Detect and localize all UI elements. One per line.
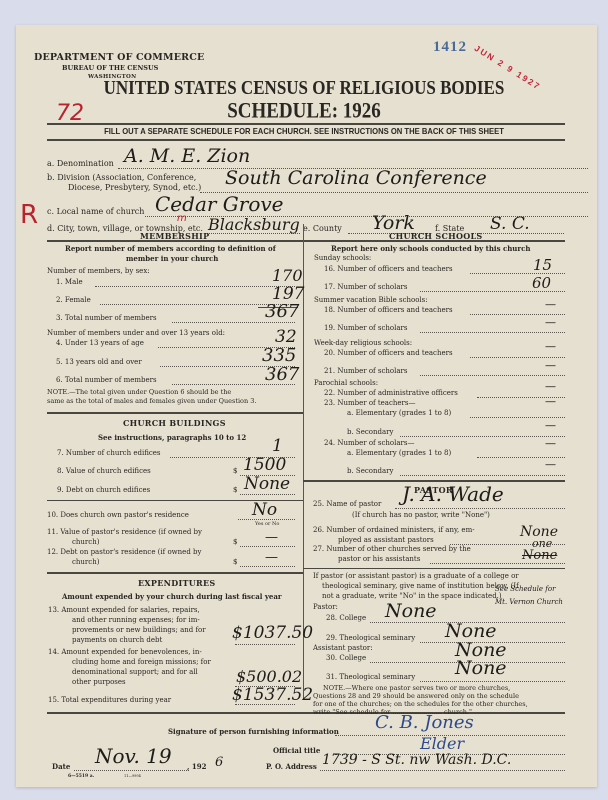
- q22-label: 22. Number of administrative officers: [324, 389, 458, 397]
- q4-label: 4. Under 13 years of age: [56, 339, 144, 347]
- membership-subtitle-cont: member in your church: [126, 254, 218, 263]
- state-value[interactable]: S. C.: [490, 214, 530, 234]
- q23a-value[interactable]: —: [545, 395, 556, 408]
- q1-label: 1. Male: [56, 278, 83, 286]
- q13-value[interactable]: $1037.50: [232, 623, 313, 643]
- form-title: UNITED STATES CENSUS OF RELIGIOUS BODIES: [0, 77, 608, 100]
- print-code: 11—9994: [124, 774, 141, 778]
- margin-mark: R: [20, 200, 38, 230]
- answer-line: [420, 332, 565, 333]
- graduate-note-cont: theological seminary, give name of insti…: [322, 582, 519, 590]
- members-by-sex-label: Number of members, by sex:: [47, 267, 150, 275]
- address-label: P. O. Address: [266, 762, 317, 771]
- q12-dollar: $: [233, 558, 237, 566]
- expenditures-title: EXPENDITURES: [138, 578, 215, 588]
- division-label-cont: Diocese, Presbytery, Synod, etc.): [68, 183, 201, 192]
- answer-line: [395, 508, 565, 509]
- q9-label: 9. Debt on church edifices: [57, 486, 150, 494]
- membership-note: NOTE.—The total given under Question 6 s…: [47, 388, 231, 396]
- q7-label: 7. Number of church edifices: [57, 449, 161, 457]
- q26-label-cont: ployed as assistant pastors: [338, 536, 434, 544]
- official-title-label: Official title: [273, 746, 320, 755]
- answer-line: [400, 475, 565, 476]
- date-label: Date: [52, 762, 70, 771]
- q20-label: 20. Number of officers and teachers: [324, 349, 453, 357]
- denomination-value[interactable]: A. M. E. Zion: [124, 145, 250, 167]
- q30-label: 30. College: [326, 654, 366, 662]
- buildings-title: CHURCH BUILDINGS: [123, 418, 226, 428]
- q16-value[interactable]: 15: [533, 256, 552, 274]
- q13-label: 13. Amount expended for salaries, repair…: [48, 606, 200, 614]
- q3-label: 3. Total number of members: [56, 314, 157, 322]
- q31-label: 31. Theological seminary: [326, 673, 415, 681]
- city-annotation: m: [177, 213, 187, 224]
- q14-label-cont: cluding home and foreign missions; for: [72, 658, 211, 666]
- q17-value[interactable]: 60: [532, 274, 551, 292]
- divider: [47, 712, 565, 714]
- answer-line: [470, 314, 565, 315]
- address-value[interactable]: 1739 - S St. nw Wash. D.C.: [322, 752, 511, 768]
- members-by-age-label: Number of members under and over 13 year…: [47, 329, 225, 337]
- q21-label: 21. Number of scholars: [324, 367, 407, 375]
- q28-value[interactable]: None: [385, 600, 437, 622]
- buildings-subtitle: See instructions, paragraphs 10 to 12: [98, 433, 246, 442]
- q12-label: 12. Debt on pastor's residence (if owned…: [47, 548, 201, 556]
- date-value[interactable]: Nov. 19: [95, 744, 172, 768]
- pastor-subheading: Pastor:: [313, 603, 338, 611]
- expenditures-subtitle: Amount expended by your church during la…: [62, 592, 282, 601]
- q10-hint: Yes or No: [255, 521, 279, 527]
- file-number: 1412: [433, 39, 467, 56]
- q24-label: 24. Number of scholars—: [324, 439, 414, 447]
- q4-under13-value[interactable]: 32: [275, 327, 297, 347]
- q24a-value[interactable]: —: [545, 437, 556, 450]
- q6-total-value[interactable]: 367: [265, 364, 299, 385]
- form-code: 6—5519 a.: [68, 774, 94, 779]
- q26-label: 26. Number of ordained ministers, if any…: [313, 526, 475, 534]
- q17-label: 17. Number of scholars: [324, 283, 407, 291]
- denomination-label: a. Denomination: [47, 159, 114, 168]
- q7-edifices-value[interactable]: 1: [272, 436, 283, 456]
- graduate-note: If pastor (or assistant pastor) is a gra…: [313, 572, 519, 580]
- q23b-value[interactable]: —: [545, 419, 556, 432]
- q14-label-cont: denominational support; and for all: [72, 668, 198, 676]
- q16-label: 16. Number of officers and teachers: [324, 265, 453, 273]
- q23-label: 23. Number of teachers—: [324, 399, 416, 407]
- pastor-note-cont: Questions 28 and 29 should be answered o…: [313, 692, 519, 700]
- answer-line: [430, 563, 565, 564]
- department-name: DEPARTMENT OF COMMERCE: [34, 52, 204, 63]
- q8-label: 8. Value of church edifices: [57, 467, 151, 475]
- summer-schools-label: Summer vacation Bible schools:: [314, 296, 428, 304]
- q28-annotation: See Schedule for: [495, 585, 555, 593]
- q2-label: 2. Female: [56, 296, 91, 304]
- year-value[interactable]: 6: [215, 755, 223, 770]
- q15-total-value[interactable]: $1537.52: [232, 685, 313, 705]
- answer-line: [320, 770, 565, 771]
- divider: [47, 572, 303, 574]
- divider: [47, 240, 565, 242]
- q15-label: 15. Total expenditures during year: [48, 696, 171, 704]
- graduate-note-cont: not a graduate, write "No" in the space …: [322, 592, 502, 600]
- answer-line: [74, 770, 189, 771]
- q11-label-cont: church): [72, 538, 99, 546]
- answer-line: [420, 375, 565, 376]
- q1-male-value[interactable]: 170: [272, 266, 303, 285]
- county-label: e. County: [303, 224, 342, 233]
- q27-label: 27. Number of other churches served by t…: [313, 545, 471, 553]
- q19-label: 19. Number of scholars: [324, 324, 407, 332]
- answer-line: [240, 566, 295, 567]
- city-value[interactable]: Blacksburg: [208, 215, 300, 234]
- q24b-value[interactable]: —: [545, 458, 556, 471]
- q24b-label: b. Secondary: [347, 467, 393, 475]
- schools-subtitle: Report here only schools conducted by th…: [331, 244, 530, 253]
- answer-line: [172, 322, 295, 323]
- local-name-value[interactable]: Cedar Grove: [155, 192, 284, 216]
- local-name-label: c. Local name of church: [47, 207, 144, 216]
- q11-label: 11. Value of pastor's residence (if owne…: [47, 528, 202, 536]
- q22-value[interactable]: —: [545, 380, 556, 393]
- q23b-label: b. Secondary: [347, 428, 393, 436]
- year-prefix: , 192: [187, 762, 207, 771]
- q20-value[interactable]: —: [545, 340, 556, 353]
- q13-label-cont: provements or new buildings; and for: [72, 626, 206, 634]
- answer-line: [470, 417, 565, 418]
- q23a-label: a. Elementary (grades 1 to 8): [347, 409, 451, 417]
- q12-label-cont: church): [72, 558, 99, 566]
- answer-line: [400, 436, 565, 437]
- pastor-note-cont: for one of the churches; on the schedule…: [313, 700, 528, 708]
- q14-value[interactable]: $500.02: [236, 667, 302, 686]
- q14-label: 14. Amount expended for benevolences, in…: [48, 648, 202, 656]
- instruction-banner: FILL OUT A SEPARATE SCHEDULE FOR EACH CH…: [30, 126, 577, 136]
- q25-hint: (If church has no pastor, write "None"): [352, 511, 490, 519]
- divider: [47, 412, 303, 414]
- signature-value[interactable]: C. B. Jones: [375, 712, 474, 733]
- divider: [303, 568, 565, 569]
- q28-label: 28. College: [326, 614, 366, 622]
- q6-label: 6. Total number of members: [56, 376, 157, 384]
- q25-label: 25. Name of pastor: [313, 500, 381, 508]
- q13-label-cont: payments on church debt: [72, 636, 162, 644]
- q9-dollar: $: [233, 486, 237, 494]
- q18-label: 18. Number of officers and teachers: [324, 306, 453, 314]
- pastor-name-value[interactable]: J. A. Wade: [402, 482, 504, 506]
- q5-over13-value[interactable]: 335: [262, 345, 296, 366]
- answer-line: [235, 644, 295, 645]
- membership-subtitle: Report number of members according to de…: [65, 244, 276, 253]
- q3-total-value[interactable]: 367: [265, 301, 299, 322]
- divider: [47, 123, 565, 125]
- q27-struck-value: None: [522, 548, 557, 563]
- schools-title: CHURCH SCHOOLS: [389, 231, 483, 241]
- q10-residence-value[interactable]: No: [252, 500, 277, 520]
- q11-value[interactable]: —: [265, 530, 278, 545]
- q21-value[interactable]: —: [545, 359, 556, 372]
- q9-debt-value[interactable]: None: [244, 474, 290, 494]
- official-title-value[interactable]: Elder: [420, 734, 464, 753]
- q12-value[interactable]: —: [265, 550, 278, 565]
- sunday-schools-label: Sunday schools:: [314, 254, 371, 262]
- bureau-name: BUREAU OF THE CENSUS: [62, 64, 158, 72]
- q24a-label: a. Elementary (grades 1 to 8): [347, 449, 451, 457]
- form-subtitle: SCHEDULE: 1926: [0, 99, 608, 124]
- q31-value[interactable]: None: [455, 657, 507, 679]
- q29-label: 29. Theological seminary: [326, 634, 415, 642]
- q27-label-cont: pastor or his assistants: [338, 555, 420, 563]
- membership-note-cont: same as the total of males and females g…: [47, 397, 256, 405]
- assistant-pastor-subheading: Assistant pastor:: [313, 644, 373, 652]
- answer-line: [420, 681, 565, 682]
- q13-label-cont: and other running expenses; for im-: [72, 616, 200, 624]
- division-label: b. Division (Association, Conference,: [47, 173, 196, 182]
- answer-line: [470, 357, 565, 358]
- parochial-schools-label: Parochial schools:: [314, 379, 378, 387]
- q5-label: 5. 13 years old and over: [56, 358, 142, 366]
- pastor-note: NOTE.—Where one pastor serves two or mor…: [323, 684, 510, 692]
- q8-dollar: $: [233, 467, 237, 475]
- membership-title: MEMBERSHIP: [140, 231, 209, 241]
- answer-line: [240, 546, 295, 547]
- q8-value-edifices[interactable]: 1500: [243, 455, 286, 475]
- signature-label: Signature of person furnishing informati…: [168, 727, 339, 736]
- q19-value[interactable]: —: [545, 316, 556, 329]
- weekday-schools-label: Week-day religious schools:: [314, 339, 412, 347]
- q18-value[interactable]: —: [545, 298, 556, 311]
- q10-label: 10. Does church own pastor's residence: [47, 511, 189, 519]
- answer-line: [240, 494, 295, 495]
- divider: [47, 139, 565, 141]
- q14-label-cont: other purposes: [72, 678, 126, 686]
- q28-annotation-cont: Mt. Vernon Church: [495, 598, 563, 606]
- division-value[interactable]: South Carolina Conference: [225, 167, 487, 189]
- q11-dollar: $: [233, 538, 237, 546]
- answer-line: [95, 286, 295, 287]
